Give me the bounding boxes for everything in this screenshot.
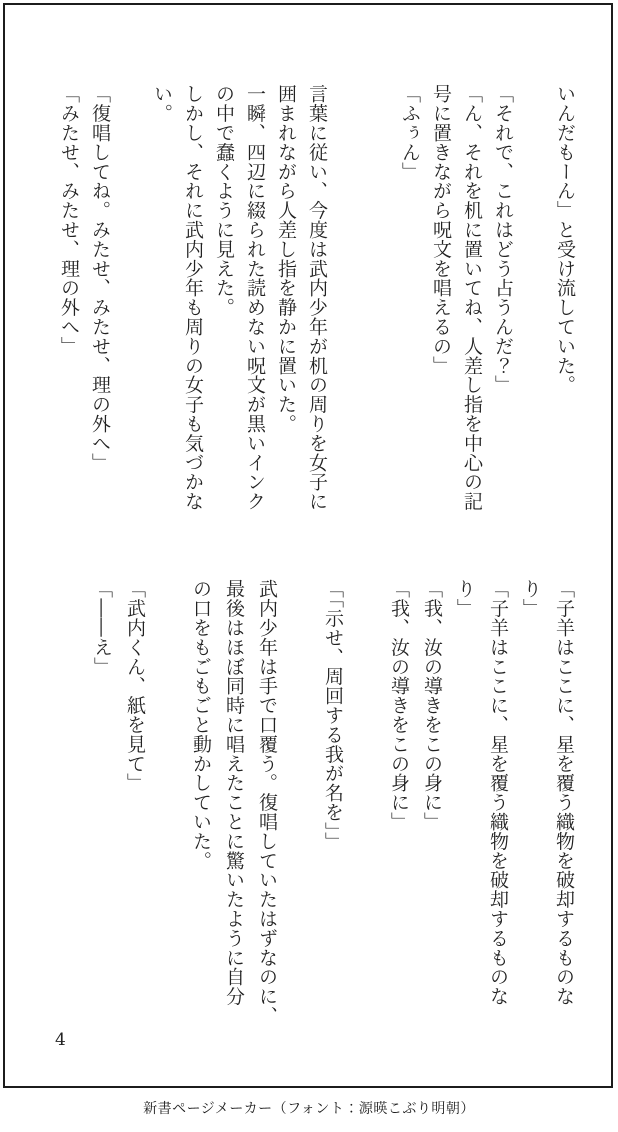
upper-text-block: いんだもーん」と受け流していた。 「それで、これはどう占うんだ？」 「ん、それを… bbox=[53, 84, 580, 544]
text-line: の口をもごもごと動かしていた。 bbox=[184, 579, 217, 1039]
blank-line bbox=[349, 579, 382, 1039]
text-line: 「子羊はここに、星を覆う織物を破却するものな bbox=[481, 579, 514, 1039]
text-line: 「「示せ、周回する我が名を」」 bbox=[316, 579, 349, 1039]
text-line: 囲まれながら人差し指を静かに置いた。 bbox=[270, 84, 301, 544]
text-line: 「武内くん、紙を見て」 bbox=[118, 579, 151, 1039]
text-line: 「子羊はここに、星を覆う織物を破却するものな bbox=[547, 579, 580, 1039]
lower-text-block: 「子羊はここに、星を覆う織物を破却するものな り」 「子羊はここに、星を覆う織物… bbox=[85, 579, 580, 1039]
text-line: 「――え」 bbox=[85, 579, 118, 1039]
text-line: 「我、汝の導きをこの身に」 bbox=[415, 579, 448, 1039]
blank-line bbox=[363, 84, 394, 544]
blank-line bbox=[332, 84, 363, 544]
novel-page-image: { "page": { "number": "4", "footer": "新書… bbox=[0, 0, 618, 1132]
text-line: 「我、汝の導きをこの身に」 bbox=[382, 579, 415, 1039]
text-line: 「ん、それを机に置いてね、人差し指を中心の記 bbox=[456, 84, 487, 544]
text-line: の中で蠢くように見えた。 bbox=[208, 84, 239, 544]
text-line: 言葉に従い、今度は武内少年が机の周りを女子に bbox=[301, 84, 332, 544]
text-line: 号に置きながら呪文を唱えるの」 bbox=[425, 84, 456, 544]
blank-line bbox=[518, 84, 549, 544]
text-line: 武内少年は手で口覆う。復唱していたはずなのに、 bbox=[250, 579, 283, 1039]
text-line: 「みたせ、みたせ、理の外へ」 bbox=[53, 84, 84, 544]
text-line: しかし、それに武内少年も周りの女子も気づかな bbox=[177, 84, 208, 544]
text-line: 「復唱してね。みたせ、みたせ、理の外へ」 bbox=[84, 84, 115, 544]
text-line: り」 bbox=[514, 579, 547, 1039]
text-line: 「ふぅん」 bbox=[394, 84, 425, 544]
blank-line bbox=[115, 84, 146, 544]
footer-caption: 新書ページメーカー（フォント：源暎こぶり明朝） bbox=[0, 1098, 618, 1118]
text-line: いんだもーん」と受け流していた。 bbox=[549, 84, 580, 544]
text-line: 「それで、これはどう占うんだ？」 bbox=[487, 84, 518, 544]
page-number: 4 bbox=[55, 1030, 66, 1050]
text-line: 一瞬、四辺に綴られた読めない呪文が黒いインク bbox=[239, 84, 270, 544]
text-line: 最後はほぼ同時に唱えたことに驚いたように自分 bbox=[217, 579, 250, 1039]
text-line: り」 bbox=[448, 579, 481, 1039]
text-line: い。 bbox=[146, 84, 177, 544]
blank-line bbox=[283, 579, 316, 1039]
blank-line bbox=[151, 579, 184, 1039]
